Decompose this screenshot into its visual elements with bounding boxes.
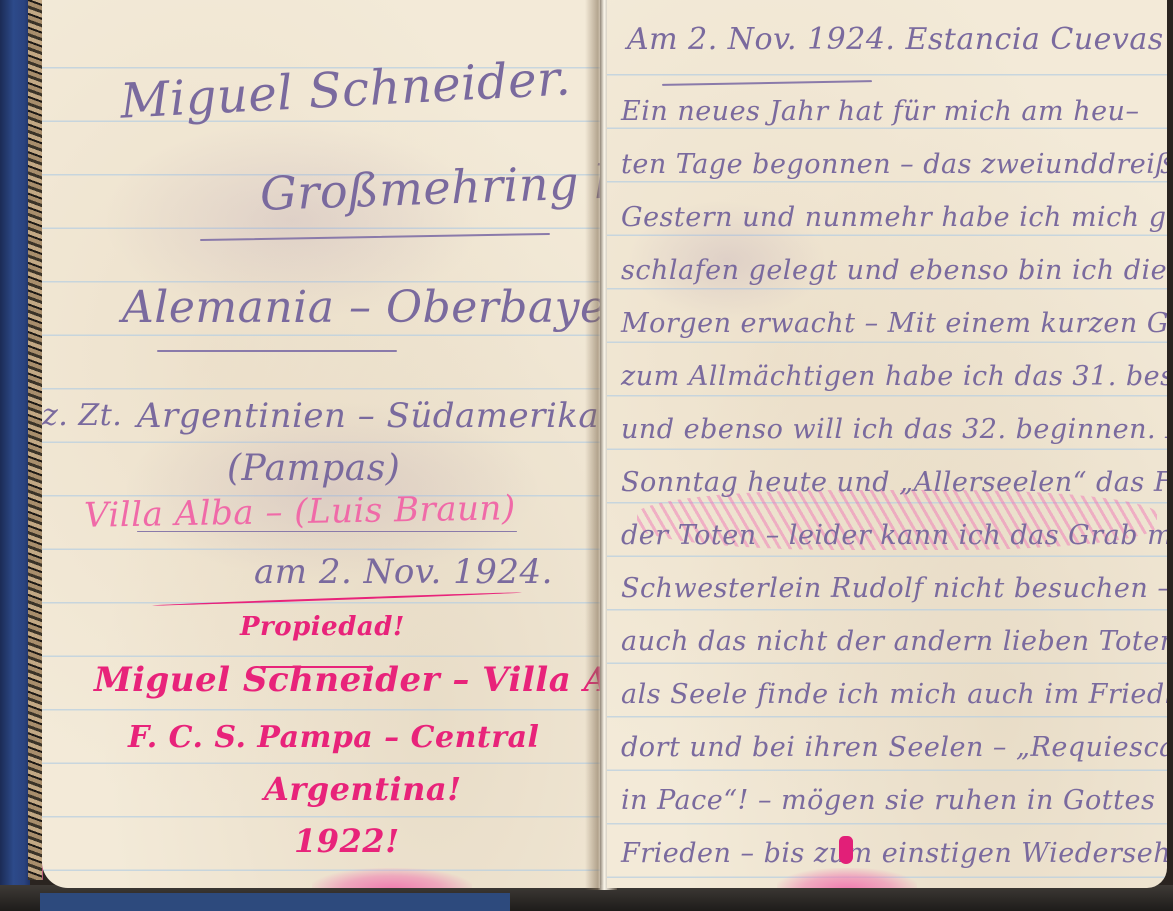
right-page: Am 2. Nov. 1924. Estancia Cuevas – Ein n… [607,0,1167,888]
entry-line: auch das nicht der andern lieben Toten. … [621,626,1167,657]
entry-line: schlafen gelegt und ebenso bin ich diese… [621,255,1167,286]
ownership-line-4: 1922! [294,822,400,860]
entry-line: Morgen erwacht – Mit einem kurzen Gebet [621,308,1167,339]
ownership-heading: Propiedad! [240,612,405,642]
entry-line: Ein neues Jahr hat für mich am heu– [621,96,1139,127]
entry-line: ten Tage begonnen – das zweiunddreißigst… [621,149,1167,180]
country-underline [157,350,397,352]
entry-line: in Pace“! – mögen sie ruhen in Gottes [621,785,1155,816]
entry-line: Schwesterlein Rudolf nicht besuchen – [621,573,1167,604]
estate-note: Villa Alba – (Luis Braun) [84,488,516,536]
entry-line: der Toten – leider kann ich das Grab mei… [621,520,1167,551]
entry-line: dort und bei ihren Seelen – „Requiescat [621,732,1167,763]
entry-line: Frieden – bis zum einstigen Wiedersehn [621,838,1167,869]
ownership-line-1: Miguel Schneider – Villa Alba [94,660,600,700]
pink-ink-smudge [777,868,917,888]
book-cover-spine [0,0,30,911]
ownership-line-3: Argentina! [264,770,462,808]
title-page-date: am 2. Nov. 1924. [254,552,553,592]
entry-line: zum Allmächtigen habe ich das 31. beschl… [621,361,1167,392]
country-line: Alemania – Oberbayern [122,282,600,333]
pink-ink-smudge [312,868,472,888]
ownership-line-2: F. C. S. Pampa – Central [128,720,539,755]
entry-line: als Seele finde ich mich auch im Friedho… [621,679,1167,710]
entry-line: Sonntag heute und „Allerseelen“ das Fest [621,467,1167,498]
estate-note-strike [137,531,517,532]
entry-header: Am 2. Nov. 1924. Estancia Cuevas – [627,22,1167,57]
current-location-prefix: z. Zt. [42,398,122,433]
region: (Pampas) [227,448,400,489]
left-page: Miguel Schneider. Großmehring b/. Aleman… [42,0,600,888]
current-location: Argentinien – Südamerika [137,396,599,436]
entry-line: Gestern und nunmehr habe ich mich gester… [621,202,1167,233]
marbled-endpaper-edge [28,0,43,880]
book-cover-bottom [40,893,510,911]
entry-line: und ebenso will ich das 32. beginnen. Es… [621,414,1167,445]
pink-ink-blot [839,836,853,864]
